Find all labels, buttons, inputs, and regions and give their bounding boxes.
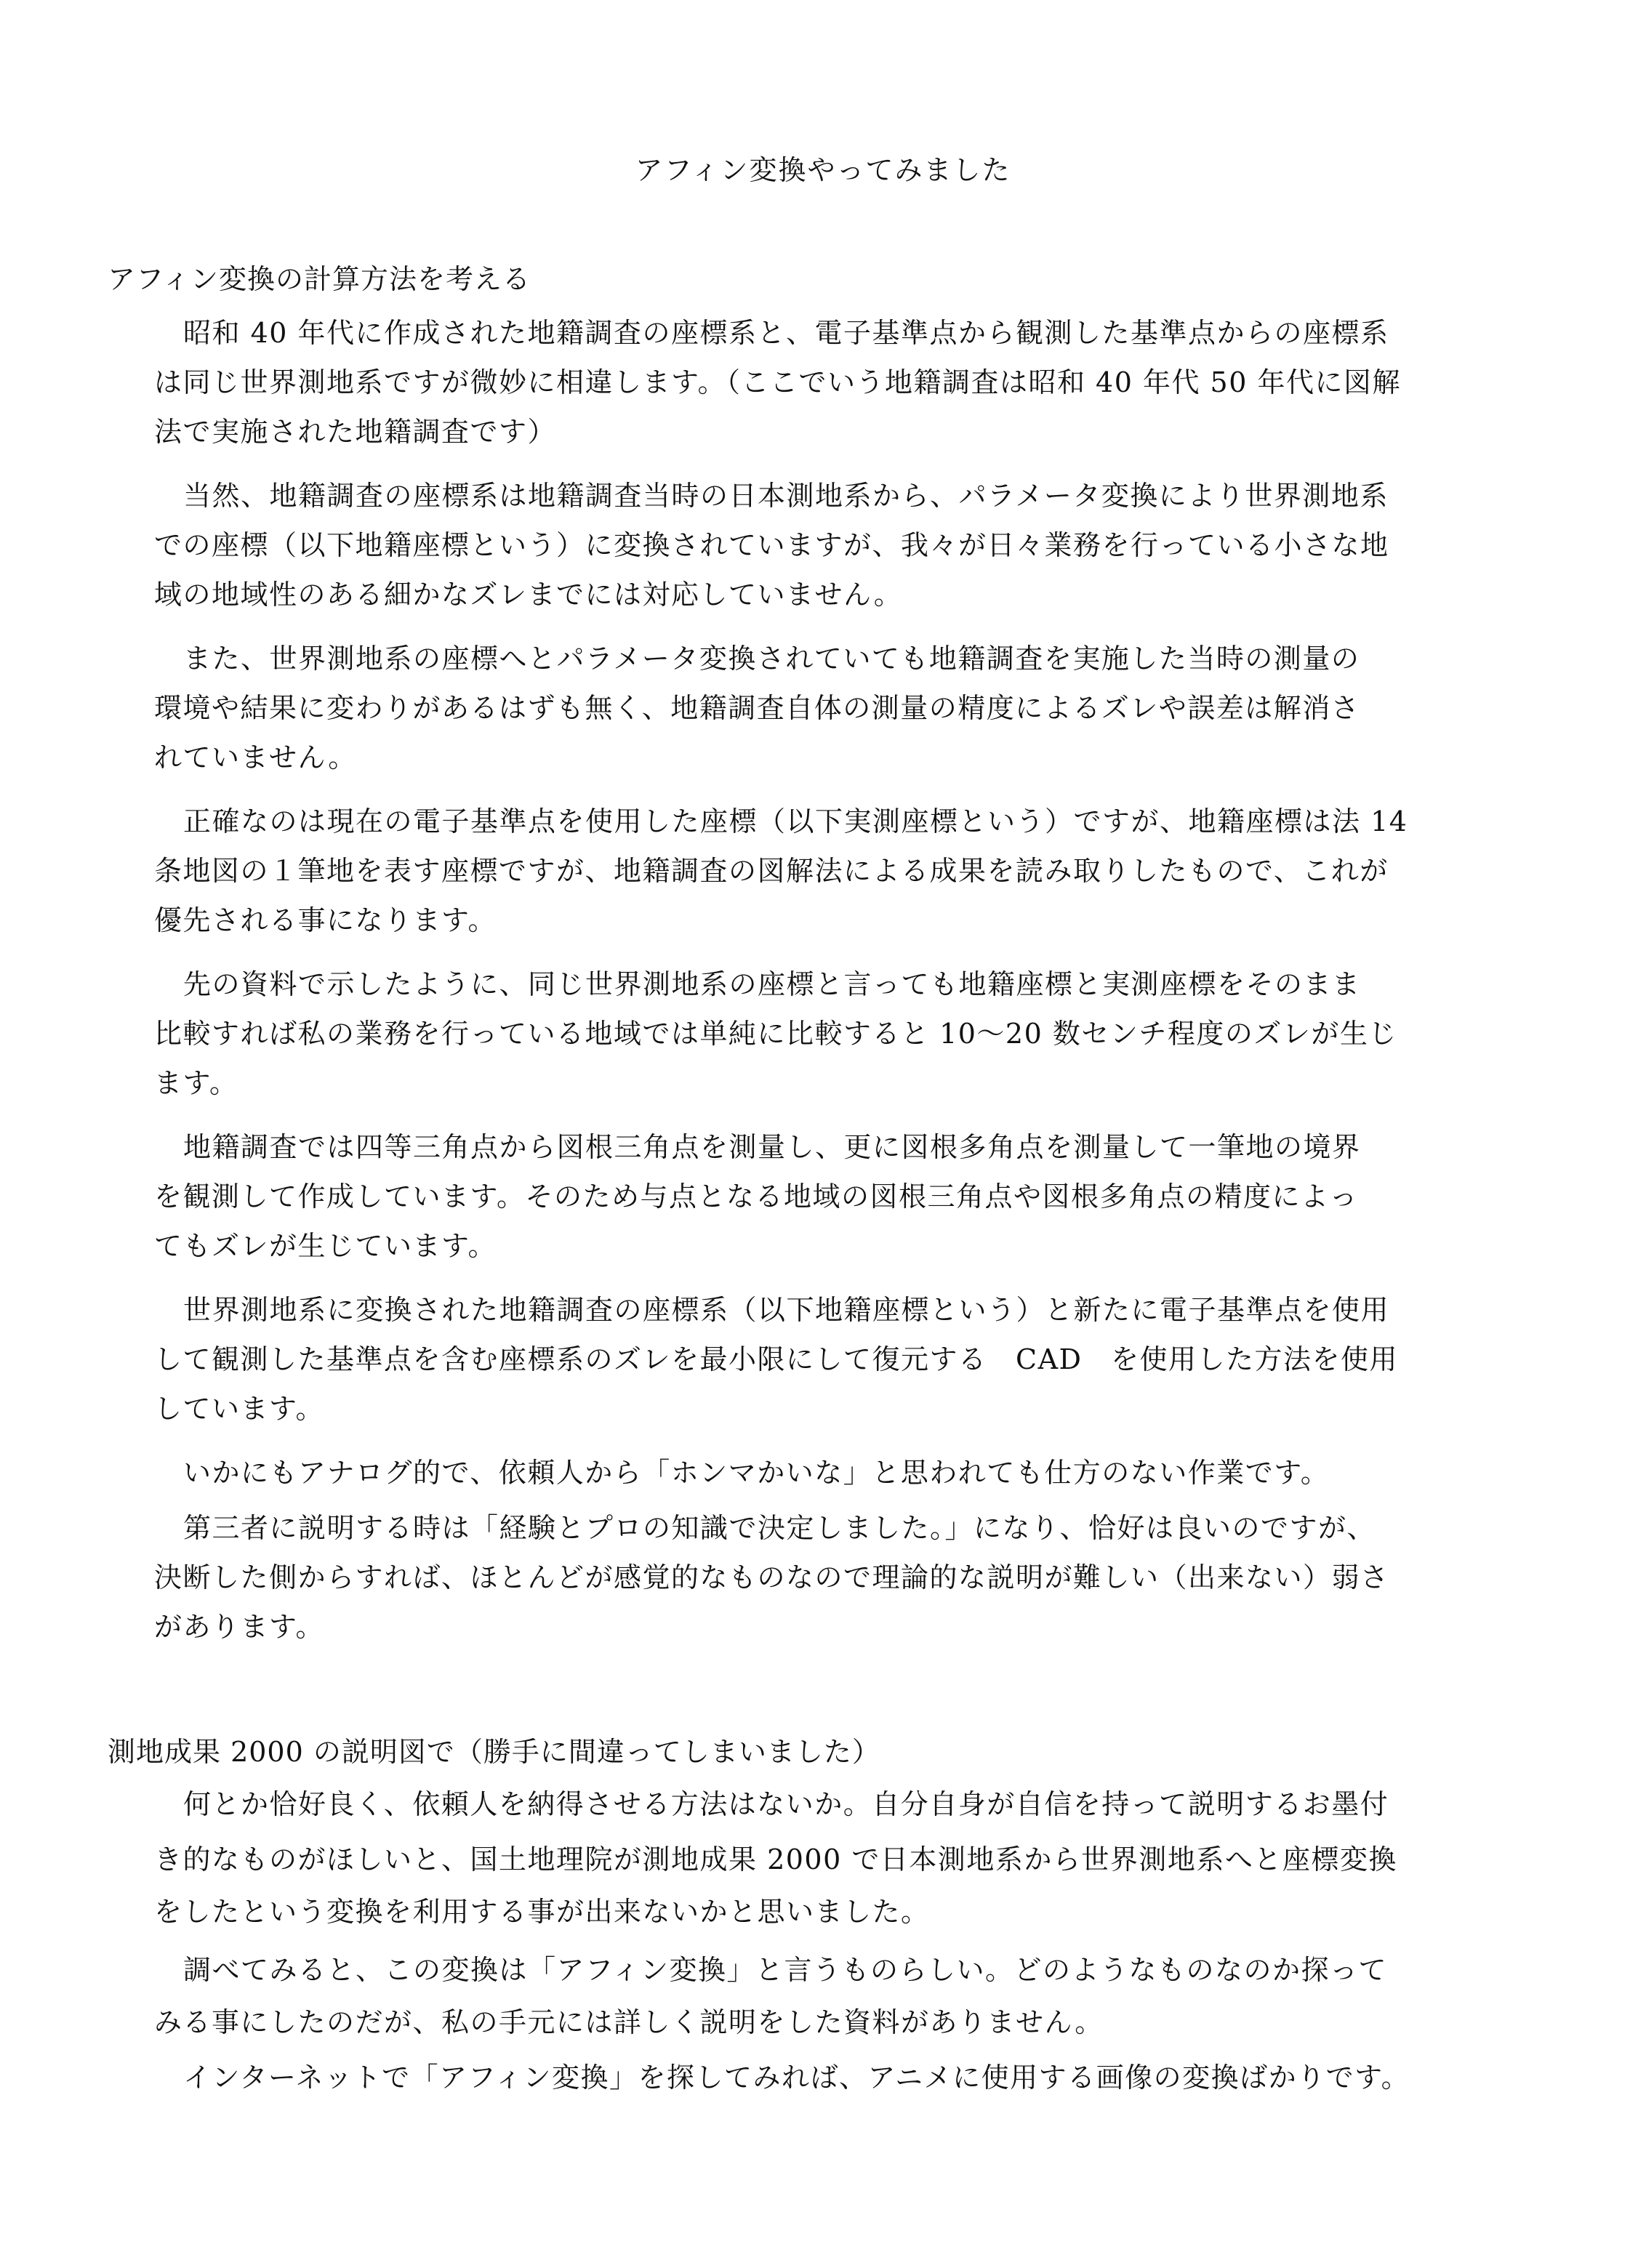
body-line: 昭和 40 年代に作成された地籍調査の座標系と、電子基準点から観測した基準点から… <box>183 311 1389 355</box>
body-line: しています。 <box>154 1387 324 1431</box>
body-line: は同じ世界測地系ですが微妙に相違します。（ここでいう地籍調査は昭和 40 年代 … <box>154 361 1401 404</box>
body-line: 優先される事になります。 <box>154 898 497 942</box>
body-line: 正確なのは現在の電子基準点を使用した座標（以下実測座標という）ですが、地籍座標は… <box>183 800 1408 843</box>
body-line: 調べてみると、この変換は「アフィン変換」と言うものらしい。どのようなものなのか探… <box>183 1948 1387 1992</box>
body-line: ます。 <box>154 1061 238 1105</box>
body-line: 決断した側からすれば、ほとんどが感覚的なものなので理論的な説明が難しい（出来ない… <box>154 1556 1389 1599</box>
body-line: 条地図の１筆地を表す座標ですが、地籍調査の図解法による成果を読み取りしたもので、… <box>154 849 1389 893</box>
section-heading: 測地成果 2000 の説明図で（勝手に間違ってしまいました） <box>108 1730 880 1774</box>
body-line: 域の地域性のある細かなズレまでには対応していません。 <box>154 573 902 616</box>
body-line: き的なものがほしいと、国土地理院が測地成果 2000 で日本測地系から世界測地系… <box>154 1838 1397 1881</box>
section-heading: アフィン変換の計算方法を考える <box>108 257 531 301</box>
body-line: インターネットで「アフィン変換」を探してみれば、アニメに使用する画像の変換ばかり… <box>183 2056 1410 2099</box>
body-line: をしたという変換を利用する事が出来ないかと思いました。 <box>154 1890 930 1934</box>
body-line: また、世界測地系の座標へとパラメータ変換されていても地籍調査を実施した当時の測量… <box>183 637 1360 680</box>
body-line: があります。 <box>154 1605 324 1649</box>
body-line: みる事にしたのだが、私の手元には詳しく説明をした資料がありません。 <box>154 2000 1104 2044</box>
body-line: して観測した基準点を含む座標系のズレを最小限にして復元する CAD を使用した方… <box>154 1338 1398 1381</box>
body-line: 先の資料で示したように、同じ世界測地系の座標と言っても地籍座標と実測座標をそのま… <box>183 962 1361 1006</box>
body-line: を観測して作成しています。そのため与点となる地域の図根三角点や図根多角点の精度に… <box>154 1175 1358 1218</box>
body-line: 当然、地籍調査の座標系は地籍調査当時の日本測地系から、パラメータ変換により世界測… <box>183 474 1389 518</box>
body-line: 環境や結果に変わりがあるはずも無く、地籍調査自体の測量の精度によるズレや誤差は解… <box>154 686 1360 730</box>
body-line: 地籍調査では四等三角点から図根三角点を測量し、更に図根多角点を測量して一筆地の境… <box>183 1125 1361 1169</box>
body-line: 世界測地系に変換された地籍調査の座標系（以下地籍座標という）と新たに電子基準点を… <box>183 1288 1389 1332</box>
body-line: 何とか恰好良く、依頼人を納得させる方法はないか。自分自身が自信を持って説明するお… <box>183 1782 1389 1826</box>
body-line: 第三者に説明する時は「経験とプロの知識で決定しました。」になり、恰好は良いのです… <box>183 1506 1376 1550</box>
document-title: アフィン変換やってみました <box>0 148 1646 192</box>
body-line: いかにもアナログ的で、依頼人から「ホンマかいな」と思われても仕方のない作業です。 <box>183 1451 1329 1495</box>
body-line: 比較すれば私の業務を行っている地域では単純に比較すると 10～20 数センチ程度… <box>154 1012 1397 1055</box>
body-line: での座標（以下地籍座標という）に変換されていますが、我々が日々業務を行っている小… <box>154 523 1389 567</box>
body-line: れていません。 <box>154 736 357 779</box>
body-line: 法で実施された地籍調査です） <box>154 410 556 454</box>
document-page: アフィン変換やってみました アフィン変換の計算方法を考える 昭和 40 年代に作… <box>0 0 1646 2268</box>
body-line: てもズレが生じています。 <box>154 1224 497 1268</box>
